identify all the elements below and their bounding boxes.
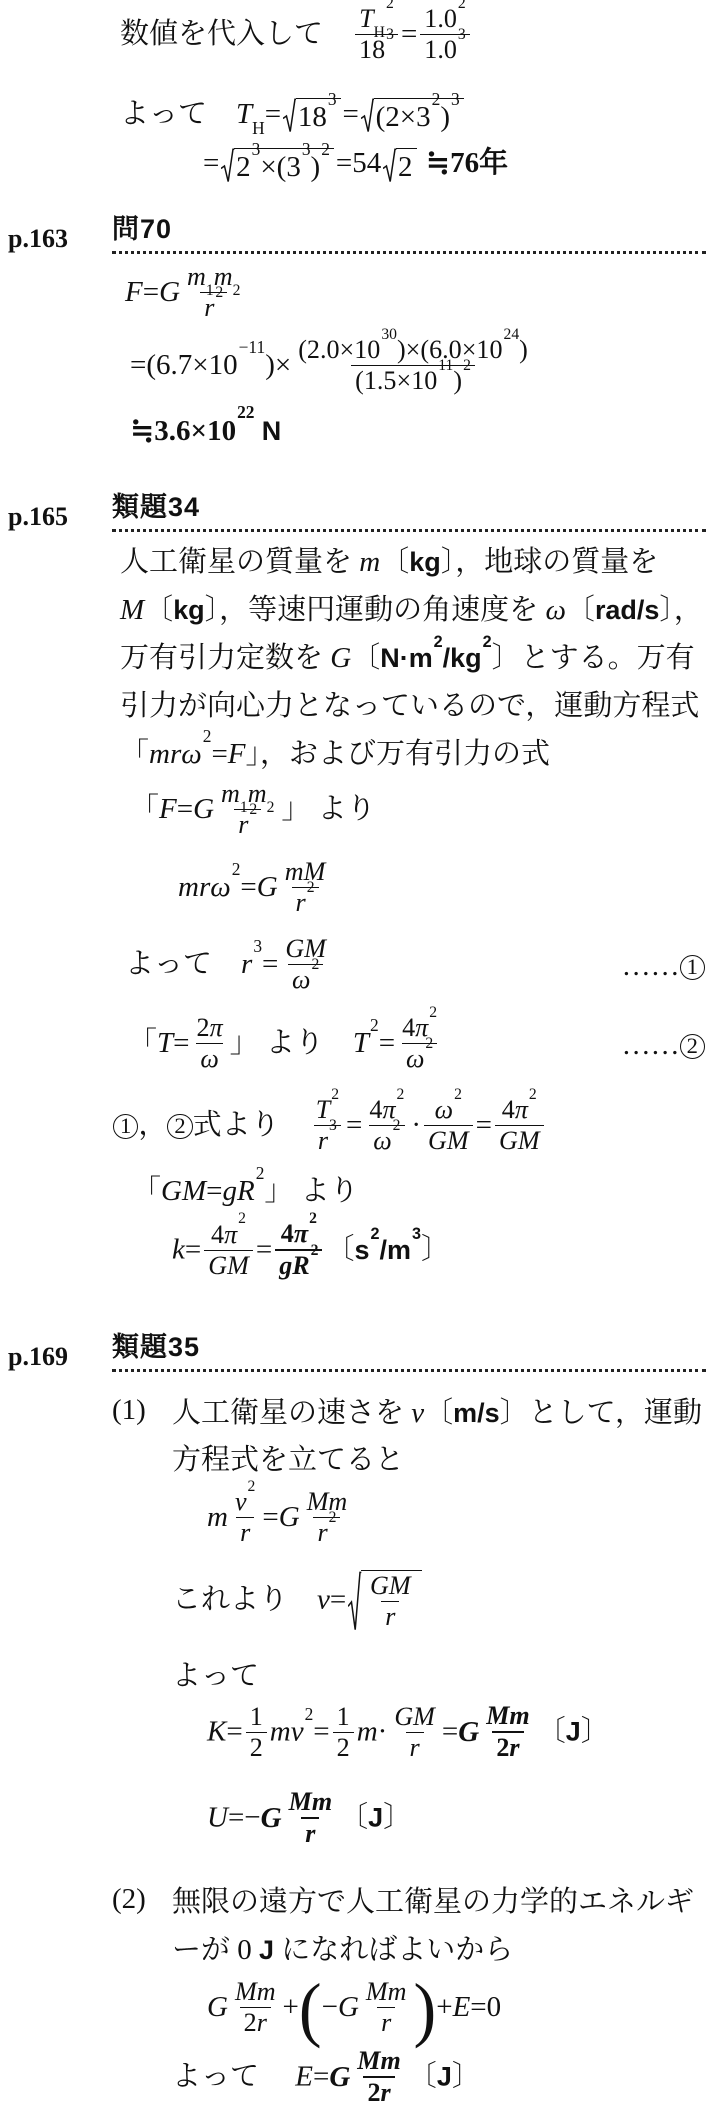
problem-section-34: p.165 類題34 人工衛星の質量を m〔kg〕，地球の質量を M〔kg〕，等… — [0, 496, 720, 1283]
formula: ≒3.6×1022 N — [130, 413, 281, 448]
formula: よって TH=183=(2×32)3 — [120, 91, 466, 134]
section-header: p.165 類題34 — [0, 496, 720, 532]
formula: 「T=2πω」 より T2=4π2ω2 — [128, 1015, 444, 1076]
formula-line: mrω2=GmMr2 — [178, 859, 706, 920]
dotted-rule: 類題34 — [112, 485, 706, 532]
formula-line: 数値を代入して TH2183=1.021.03 — [120, 6, 706, 67]
page-ref: p.165 — [0, 502, 112, 532]
numbered-equation-line: よって r3=GMω2 ……1 — [125, 936, 705, 997]
solution-continuation-block: 数値を代入して TH2183=1.021.03 よって TH=183=(2×32… — [0, 0, 720, 184]
problem-title: 問70 — [112, 214, 172, 244]
formula: GMm2r+(−GMmr)+E=0 — [207, 1979, 501, 2040]
formula-line: 「GM=gR2」 より — [132, 1168, 706, 1209]
text-line: 方程式を立てると — [172, 1442, 706, 1479]
text-line: M〔kg〕，等速円運動の角速度を ω〔rad/s〕， — [120, 592, 706, 629]
body-text: 「mrω2=F」，および万有引力の式 — [120, 738, 550, 770]
formula-line: =23×(33)2=542 ≒76年 — [203, 140, 706, 183]
formula-line: GMm2r+(−GMmr)+E=0 — [207, 1979, 706, 2040]
equation-number: ……1 — [622, 950, 705, 983]
formula: これより v=GMr — [172, 1570, 424, 1634]
formula: =23×(33)2=542 ≒76年 — [203, 140, 508, 183]
formula-line: mv2r=GMmr2 — [207, 1489, 706, 1550]
text-line: よって — [172, 1658, 706, 1695]
text-line: 「mrω2=F」，および万有引力の式 — [120, 736, 706, 773]
formula: 1，2式より T2r3=4π2ω2·ω2GM=4π2GM — [113, 1097, 547, 1158]
formula: 数値を代入して TH2183=1.021.03 — [120, 6, 473, 67]
text-line: ーが 0 J になればよいから — [172, 1932, 706, 1969]
result-line: よって E=GMm2r〔J〕 — [172, 2048, 706, 2110]
formula: =(6.7×10−11)×(2.0×1030)×(6.0×1024)(1.5×1… — [130, 337, 535, 398]
formula: F=Gm1m2r2 — [125, 264, 247, 325]
formula: よって E=GMm2r〔J〕 — [172, 2048, 481, 2110]
formula: mv2r=GMmr2 — [207, 1489, 354, 1550]
dotted-rule: 問70 — [112, 207, 706, 254]
problem-title: 類題34 — [112, 492, 200, 522]
formula-line: =(6.7×10−11)×(2.0×1030)×(6.0×1024)(1.5×1… — [130, 337, 706, 398]
result-line: K=12mv2=12m·GMr=GMm2r〔J〕 — [207, 1703, 706, 1765]
page-ref: p.169 — [0, 1342, 112, 1372]
body-text: 引力が向心力となっているので，運動方程式 — [120, 690, 699, 722]
problem-section-70: p.163 問70 F=Gm1m2r2 =(6.7×10−11)×(2.0×10… — [0, 218, 720, 448]
equation-number: ……2 — [622, 1029, 705, 1062]
result-line: k=4π2GM=4π2gR2〔s2/m3〕 — [172, 1221, 706, 1283]
result-line: ≒3.6×1022 N — [130, 412, 706, 448]
formula: mrω2=GmMr2 — [178, 859, 332, 920]
item-marker: (1) — [112, 1394, 172, 1427]
problem-section-35: p.169 類題35 (1) 人工衛星の速さを v〔m/s〕として，運動 方程式… — [0, 1336, 720, 2110]
problem-title: 類題35 — [112, 1332, 200, 1362]
formula: U=−GMmr〔J〕 — [207, 1789, 412, 1851]
section-header: p.169 類題35 — [0, 1336, 720, 1372]
formula-line: よって TH=183=(2×32)3 — [120, 91, 706, 134]
body-text: ーが 0 J になればよいから — [172, 1934, 513, 1966]
dotted-rule: 類題35 — [112, 1325, 706, 1372]
text-line: 人工衛星の質量を m〔kg〕，地球の質量を — [120, 544, 706, 581]
result-line: U=−GMmr〔J〕 — [207, 1789, 706, 1851]
formula: 「F=Gm1m2r2」 より — [130, 781, 376, 842]
page-ref: p.163 — [0, 224, 112, 254]
formula-line: 「F=Gm1m2r2」 より — [130, 781, 706, 842]
formula: よって r3=GMω2 — [125, 936, 333, 997]
body-text: 人工衛星の質量を m〔kg〕，地球の質量を — [120, 546, 658, 578]
body-text: M〔kg〕，等速円運動の角速度を ω〔rad/s〕， — [120, 594, 703, 626]
body-text: 万有引力定数を G〔N·m2/kg2〕とする。万有 — [120, 642, 695, 674]
numbered-equation-line: 「T=2πω」 より T2=4π2ω2 ……2 — [128, 1015, 705, 1076]
body-text: 人工衛星の速さを v〔m/s〕として，運動 — [172, 1390, 702, 1431]
body-text: 方程式を立てると — [172, 1444, 404, 1476]
section-header: p.163 問70 — [0, 218, 720, 254]
formula: k=4π2GM=4π2gR2〔s2/m3〕 — [172, 1221, 450, 1283]
formula-line: F=Gm1m2r2 — [125, 264, 706, 325]
list-item: (1) 人工衛星の速さを v〔m/s〕として，運動 — [112, 1390, 706, 1431]
text-line: 万有引力定数を G〔N·m2/kg2〕とする。万有 — [120, 640, 706, 677]
formula-line: これより v=GMr — [172, 1570, 706, 1634]
formula: K=12mv2=12m·GMr=GMm2r〔J〕 — [207, 1703, 610, 1765]
body-text: 無限の遠方で人工衛星の力学的エネルギ — [172, 1879, 694, 1920]
text-line: 引力が向心力となっているので，運動方程式 — [120, 688, 706, 725]
body-text: よって — [172, 1660, 259, 1692]
item-marker: (2) — [112, 1883, 172, 1916]
formula: 「GM=gR2」 より — [132, 1168, 359, 1209]
list-item: (2) 無限の遠方で人工衛星の力学的エネルギ — [112, 1879, 706, 1920]
formula-line: 1，2式より T2r3=4π2ω2·ω2GM=4π2GM — [113, 1097, 706, 1158]
textbook-solution-page: { "colors": { "ink": "#111111", "paper":… — [0, 0, 720, 2122]
